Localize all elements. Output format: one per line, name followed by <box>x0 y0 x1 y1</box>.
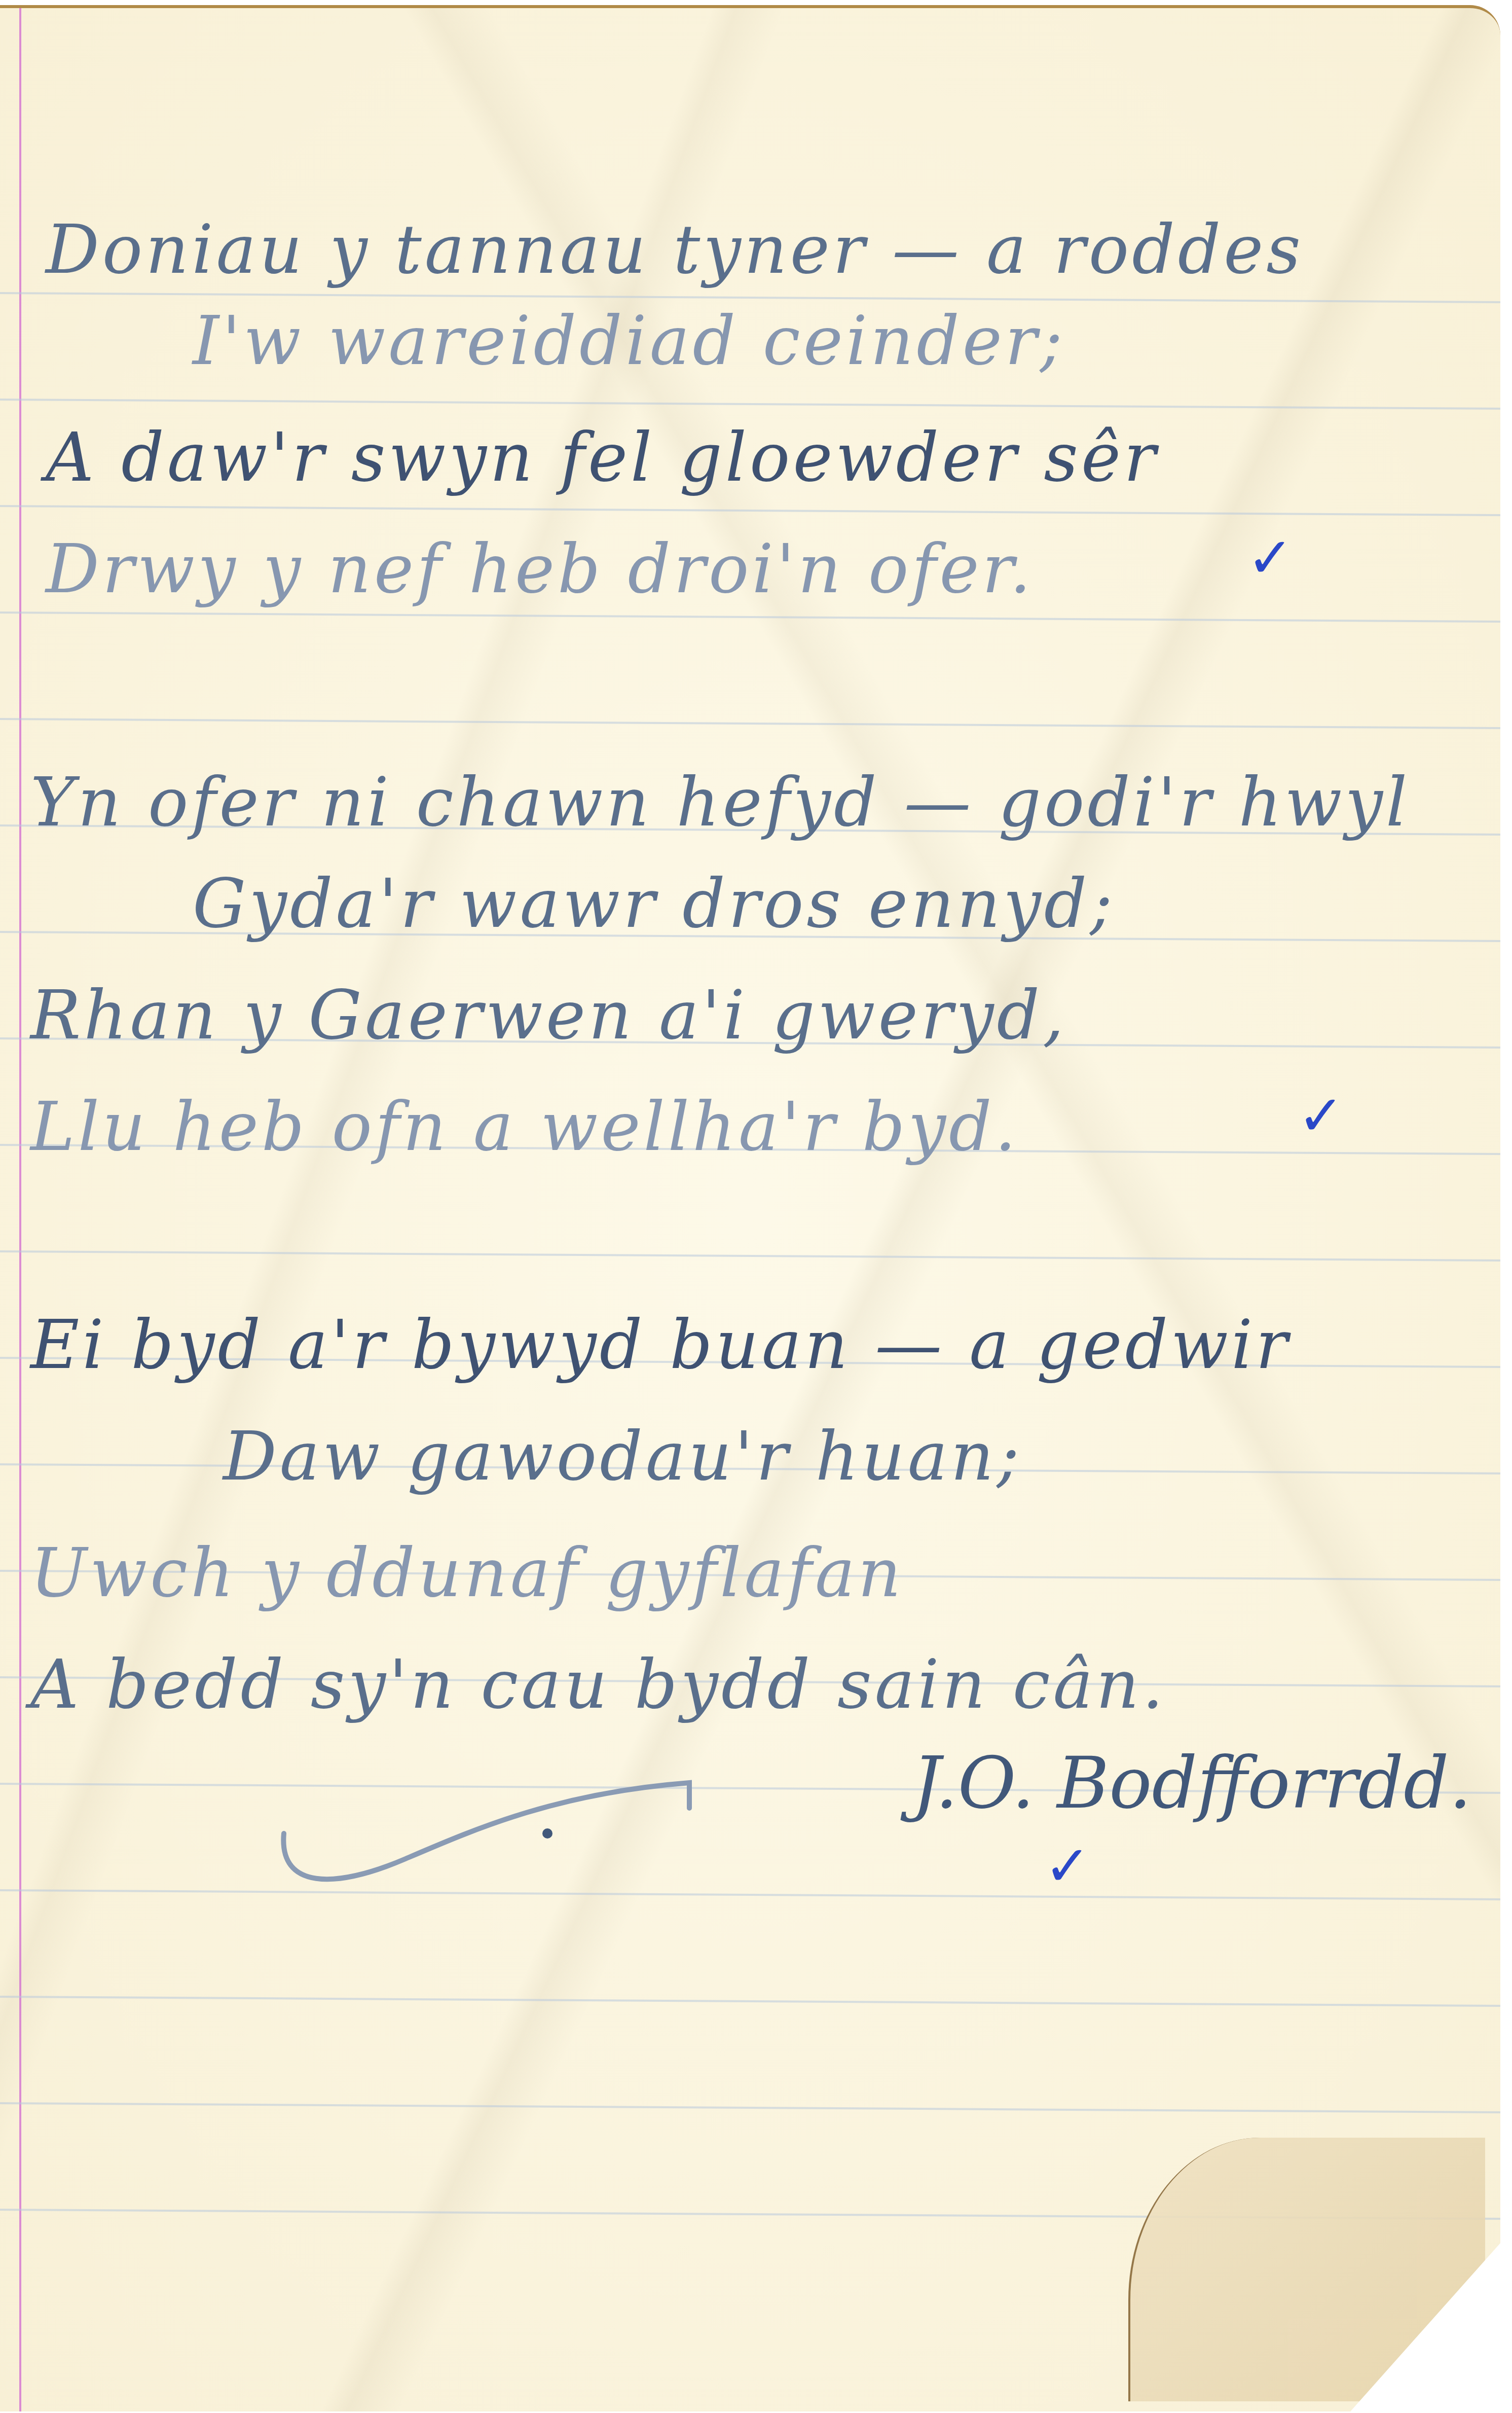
stanza-1-line-3: A daw'r swyn fel gloewder sêr <box>46 419 1159 497</box>
manuscript-page: Doniau y tannau tyner — a roddes I'w war… <box>0 5 1500 2411</box>
folded-corner <box>1128 2138 1485 2401</box>
author-signature: J.O. Bodfforrdd. <box>912 1742 1471 1825</box>
stanza-1-line-1: Doniau y tannau tyner — a roddes <box>46 211 1304 289</box>
stanza-3-line-4: A bedd sy'n cau bydd sain cân. <box>30 1646 1166 1724</box>
stanza-1-line-2: I'w wareiddiad ceinder; <box>193 302 1065 380</box>
check-mark-icon: ✓ <box>1044 1833 1091 1898</box>
poem: Doniau y tannau tyner — a roddes I'w war… <box>0 8 1500 2411</box>
check-mark-icon: ✓ <box>1247 525 1294 590</box>
stanza-2-line-2: Gyda'r wawr dros ennyd; <box>193 865 1116 943</box>
flourish-decoration <box>274 1773 730 1904</box>
stanza-2-line-1: Yn ofer ni chawn hefyd — godi'r hwyl <box>30 764 1410 842</box>
stanza-3-line-3: Uwch y ddunaf gyflafan <box>30 1534 904 1612</box>
check-mark-icon: ✓ <box>1298 1083 1344 1148</box>
stanza-1-line-4: Drwy y nef heb droi'n ofer. <box>46 530 1034 608</box>
stanza-2-line-4: Llu heb ofn a wellha'r byd. <box>30 1088 1019 1166</box>
stanza-3-line-2: Daw gawodau'r huan; <box>223 1418 1022 1496</box>
stanza-3-line-1: Ei byd a'r bywyd buan — a gedwir <box>30 1306 1290 1384</box>
stanza-2-line-3: Rhan y Gaerwen a'i gweryd, <box>30 977 1067 1055</box>
